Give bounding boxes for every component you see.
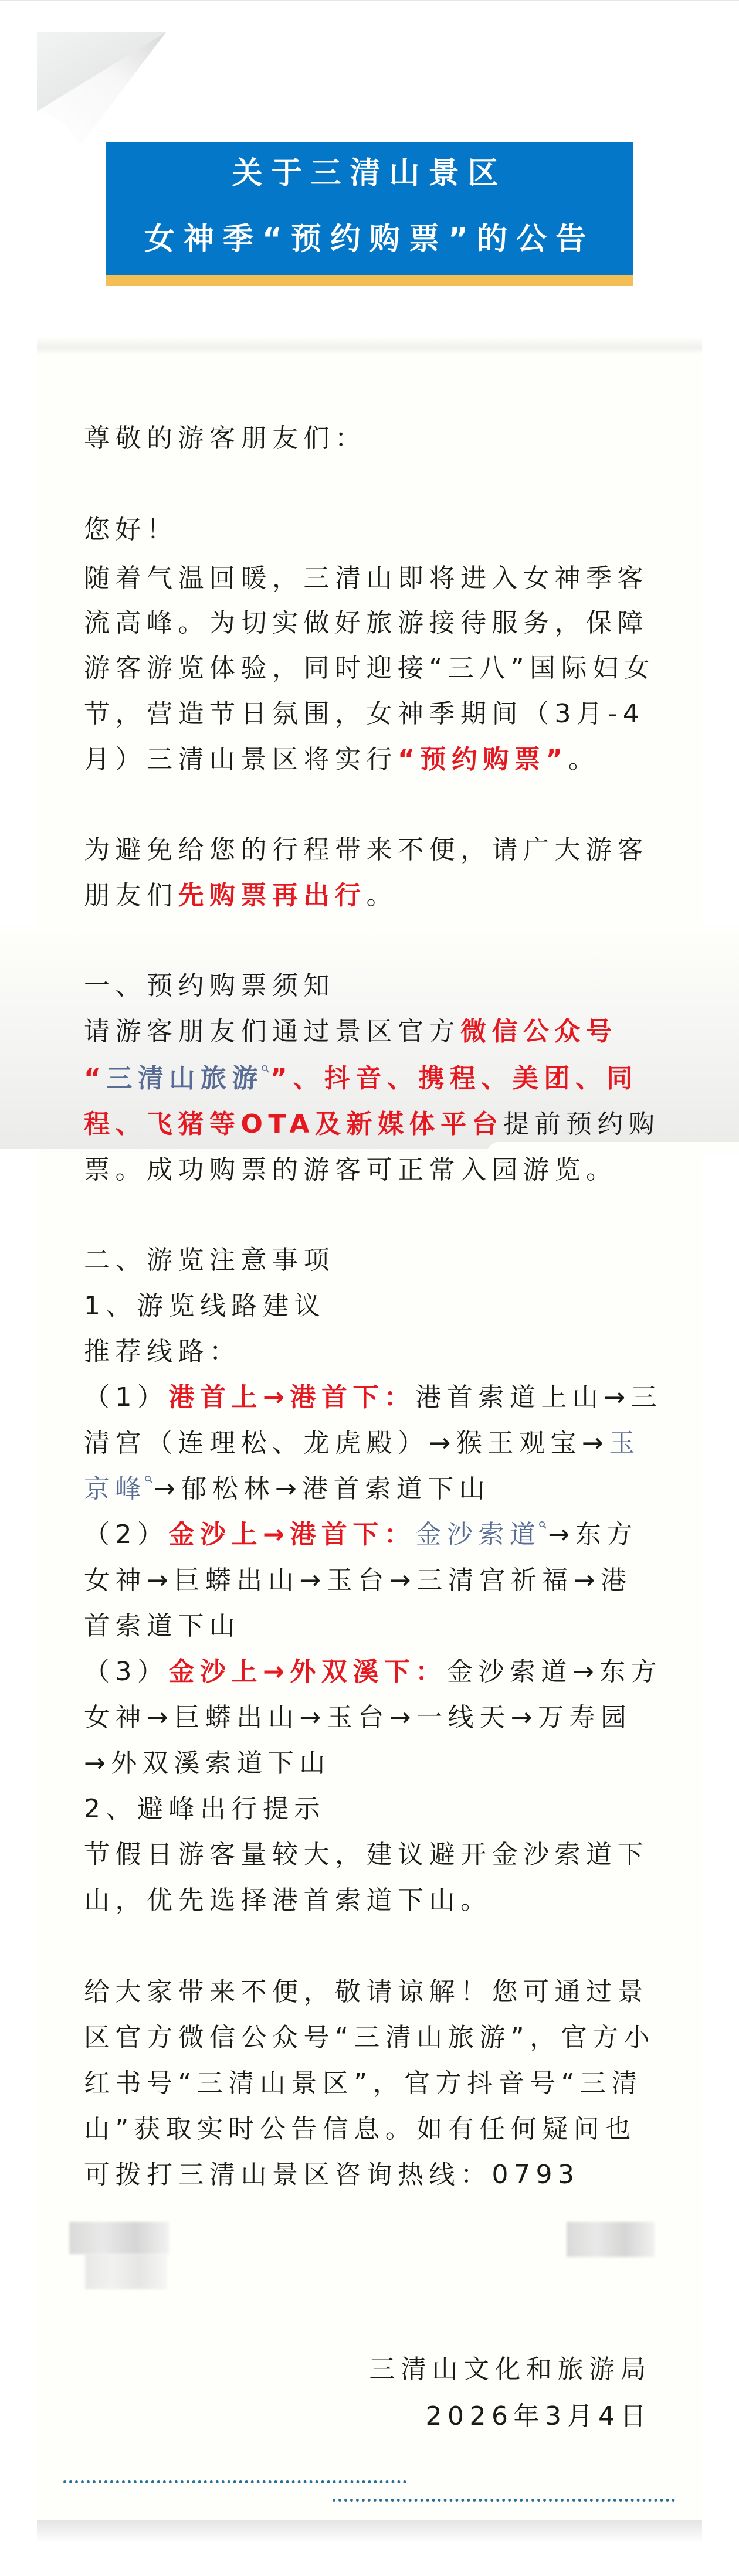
page-curl-icon: [37, 32, 166, 144]
section2-sub2: 2、避峰出行提示: [84, 1792, 659, 1827]
emphasis-ota: 程、飞猪等OTA及新媒体平台: [84, 1109, 503, 1139]
link-yujingfeng[interactable]: 京峰: [84, 1474, 147, 1504]
route1-num: （1）: [84, 1382, 169, 1412]
route1-text: 清宫（连理松、龙虎殿）→猴王观宝→: [84, 1428, 609, 1458]
route1-line: 清宫（连理松、龙虎殿）→猴王观宝→玉: [84, 1426, 659, 1461]
search-icon[interactable]: [144, 1475, 152, 1483]
emphasis-buy-first: 先购票再出行: [178, 881, 367, 910]
section1-heading: 一、预约购票须知: [84, 968, 659, 1004]
signature-date: 2026年3月4日: [426, 2399, 652, 2434]
link-jinsha-cableway[interactable]: 金沙索道: [415, 1520, 541, 1549]
route1-title: 港首上→港首下：: [169, 1382, 416, 1412]
route3-line: 女神→巨蟒出山→玉台→一线天→万寿园: [84, 1700, 659, 1735]
search-icon[interactable]: [261, 1065, 269, 1073]
tip-line: 节假日游客量较大，建议避开金沙索道下: [84, 1837, 659, 1872]
routes-label: 推荐线路：: [84, 1334, 659, 1369]
closing-line: 红书号“三清山景区”，官方抖音号“三清: [84, 2066, 659, 2101]
dotted-rule: [333, 2499, 675, 2502]
route2-line: （2）金沙上→港首下：金沙索道→东方: [84, 1517, 659, 1552]
notice-text: 朋友们: [84, 881, 178, 910]
page-title-line1: 关于三清山景区: [106, 156, 633, 191]
emphasis-reservation: “预约购票”: [398, 745, 568, 774]
section2-sub1: 1、游览线路建议: [84, 1289, 659, 1324]
route3-line: →外双溪索道下山: [84, 1746, 659, 1781]
route2-num: （2）: [84, 1520, 169, 1549]
quote-open: “: [84, 1063, 106, 1093]
greeting: 您好！: [84, 512, 659, 548]
route3-text: 金沙索道→东方: [447, 1657, 662, 1687]
link-yujingfeng[interactable]: 玉: [609, 1428, 640, 1458]
route3-num: （3）: [84, 1657, 169, 1687]
section1-line: “三清山旅游”、抖音、携程、美团、同: [84, 1061, 659, 1096]
dotted-rule: [63, 2480, 406, 2483]
mid-shadow-edge: [487, 1142, 739, 1154]
route1-line: （1）港首上→港首下：港首索道上山→三: [84, 1380, 659, 1415]
redacted-phone-blur: [69, 2222, 169, 2254]
hotline-line: 可拨打三清山景区咨询热线：0793: [84, 2157, 659, 2193]
section1-line: 请游客朋友们通过景区官方微信公众号: [84, 1014, 659, 1049]
route2-text: →东方: [548, 1520, 638, 1549]
intro-line: 游客游览体验，同时迎接“三八”国际妇女: [84, 651, 659, 686]
notice-line: 朋友们先购票再出行。: [84, 878, 659, 913]
notice-line: 为避免给您的行程带来不便，请广大游客: [84, 832, 659, 868]
section1-line: 程、飞猪等OTA及新媒体平台提前预约购: [84, 1107, 659, 1142]
section2-heading: 二、游览注意事项: [84, 1243, 659, 1278]
section1-text: 请游客朋友们通过景区官方: [84, 1017, 460, 1046]
intro-period: 。: [568, 745, 600, 774]
signature-org: 三清山文化和旅游局: [369, 2352, 652, 2387]
header-shadow: [37, 337, 702, 355]
closing-line: 给大家带来不便，敬请谅解！您可通过景: [84, 1975, 659, 2010]
route1-text: →郁松林→港首索道下山: [154, 1474, 490, 1504]
card-bottom-shadow: [37, 2520, 702, 2543]
section1-line: 票。成功购票的游客可正常入园游览。: [84, 1153, 659, 1188]
route1-text: 港首索道上山→三: [415, 1382, 662, 1412]
top-border: [0, 0, 739, 1]
closing-line: 山”获取实时公告信息。如有任何疑问也: [84, 2112, 659, 2147]
intro-line: 月）三清山景区将实行“预约购票”。: [84, 742, 659, 777]
route2-title: 金沙上→港首下：: [169, 1520, 416, 1549]
search-icon[interactable]: [538, 1521, 547, 1529]
title-banner-stripe: [106, 275, 633, 286]
intro-line: 流高峰。为切实做好旅游接待服务，保障: [84, 606, 659, 641]
section1-text: 提前预约购: [503, 1109, 660, 1139]
route3-line: （3）金沙上→外双溪下：金沙索道→东方: [84, 1654, 659, 1690]
salutation: 尊敬的游客朋友们：: [84, 421, 659, 456]
intro-line: 随着气温回暖，三清山即将进入女神季客: [84, 561, 659, 596]
tip-line: 山，优先选择港首索道下山。: [84, 1883, 659, 1918]
route3-title: 金沙上→外双溪下：: [169, 1657, 447, 1687]
emphasis-platforms: ”、抖音、携程、美团、同: [270, 1063, 638, 1093]
intro-line: 节，营造节日氛围，女神季期间（3月-4: [84, 696, 659, 732]
intro-text: 月）三清山景区将实行: [84, 745, 398, 774]
emphasis-wechat: 微信公众号: [460, 1017, 618, 1046]
redacted-phone-blur: [567, 2222, 655, 2257]
route1-line: 京峰→郁松林→港首索道下山: [84, 1471, 659, 1507]
route2-line: 首索道下山: [84, 1609, 659, 1644]
page-title-line2: 女神季“预约购票”的公告: [106, 222, 633, 257]
link-sanqingshan-travel[interactable]: 三清山旅游: [106, 1063, 263, 1093]
route2-line: 女神→巨蟒出山→玉台→三清宫祈福→港: [84, 1563, 659, 1598]
closing-line: 区官方微信公众号“三清山旅游”，官方小: [84, 2020, 659, 2055]
redacted-phone-blur: [85, 2254, 167, 2289]
notice-period: 。: [367, 881, 398, 910]
